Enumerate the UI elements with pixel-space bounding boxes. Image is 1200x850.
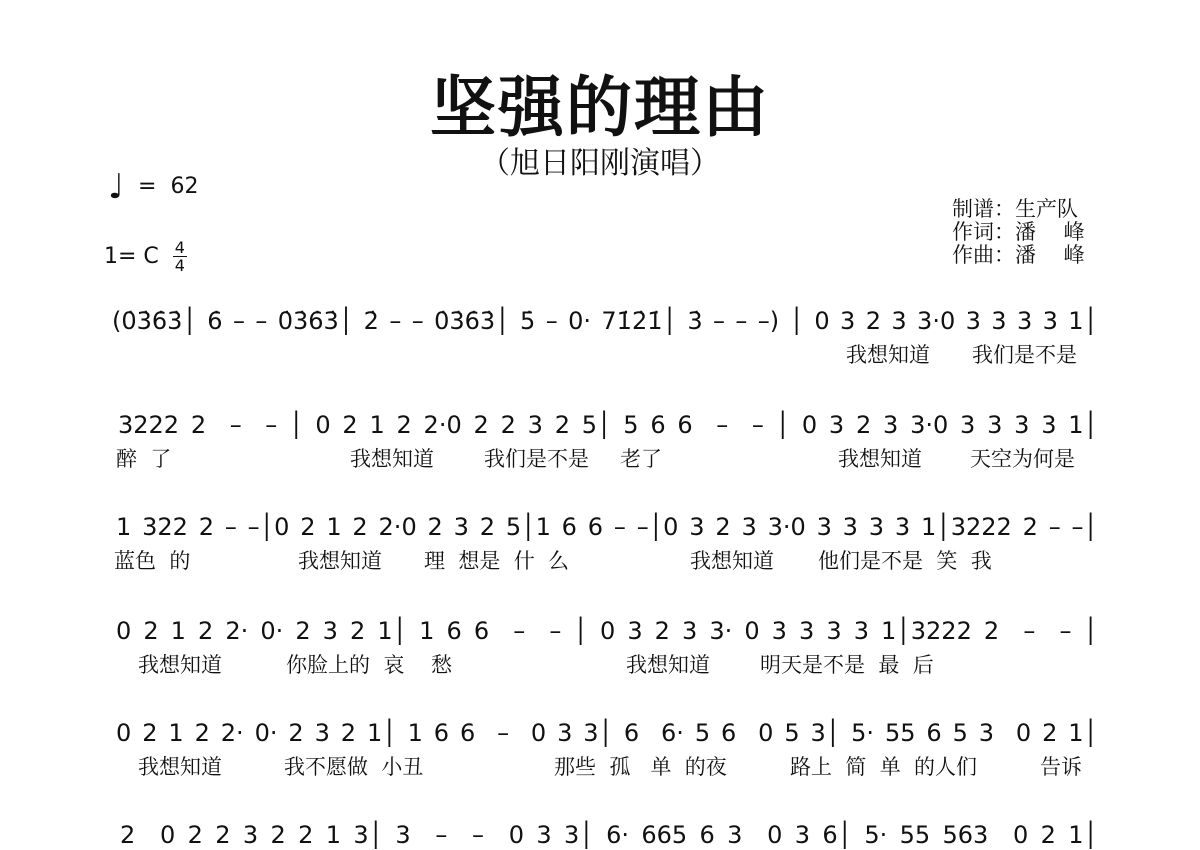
song-title: 坚强的理由 (0, 68, 1200, 148)
lyric-segment: 我想知道 (138, 754, 222, 780)
lyric-segment: 我想知道 (846, 342, 930, 368)
time-denominator: 4 (175, 258, 185, 273)
notation-line: 0 2 1 2 2· 0· 2 3 2 1│ 1 6 6 – – │ 0 3 2… (116, 616, 1098, 646)
credits-block: 制谱：生产队 作词：潘 峰 作曲：潘 峰 (952, 198, 1085, 267)
lyric-segment: 我想知道 (298, 548, 382, 574)
tempo-marking: ♩ = 62 (108, 170, 198, 204)
lyric-segment: 醉 了 (116, 446, 171, 472)
lyric-segment: 我们是不是 (972, 342, 1077, 368)
time-signature: 4 4 (173, 240, 187, 273)
lyric-segment: 你脸上的 哀 愁 (286, 652, 452, 678)
notation-line: (0̇3̇6̇3̇│ 6̇ – – 0̇3̇6̇3̇│ 2̇ – – 0̇3̇6… (112, 306, 1098, 336)
notation-line: 0 2 1 2 2· 0· 2 3 2 1│ 1 6 6 – 0 3 3│ 6 … (116, 718, 1098, 748)
notation-line: 1 322 2 – –│0 2 1 2 2·0 2 3 2 5│1 6 6 – … (116, 512, 1098, 542)
lyric-segment: 他们是不是 笑 我 (818, 548, 992, 574)
lyric-segment: 理 想是 什 么 (424, 548, 569, 574)
credit-composer: 作曲：潘 峰 (952, 244, 1085, 267)
lyric-segment: 我想知道 (838, 446, 922, 472)
lyric-segment: 我们是不是 (484, 446, 589, 472)
quarter-note-icon: ♩ (108, 170, 124, 204)
key-label: 1= C (104, 242, 159, 272)
notation-line: 3222 2 – – │ 0 2 1 2 2·0 2 2 3 2 5│ 5 6 … (118, 410, 1098, 440)
lyric-segment: 明天是不是 最 后 (760, 652, 934, 678)
lyric-segment: 那些 孤 单 的夜 (554, 754, 727, 780)
lyric-segment: 天空为何是 (970, 446, 1075, 472)
lyric-segment: 我不愿做 小丑 (284, 754, 423, 780)
tempo-equals: = (138, 170, 156, 204)
lyric-segment: 我想知道 (626, 652, 710, 678)
lyric-segment: 我想知道 (138, 652, 222, 678)
lyric-segment: 告诉 (1040, 754, 1082, 780)
tempo-bpm: 62 (170, 170, 198, 204)
key-signature: 1= C 4 4 (104, 240, 187, 273)
lyric-segment: 蓝色 的 (114, 548, 190, 574)
lyric-segment: 我想知道 (350, 446, 434, 472)
notation-line: 2 0 2 2 3 2 2 1 3│ 3 – – 0 3 3│ 6· 665 6… (120, 820, 1098, 850)
lyric-segment: 老了 (620, 446, 662, 472)
credit-lyricist: 作词：潘 峰 (952, 221, 1085, 244)
lyric-segment: 路上 简 单 的人们 (790, 754, 977, 780)
time-numerator: 4 (175, 240, 185, 255)
lyric-segment: 我想知道 (690, 548, 774, 574)
credit-notation: 制谱：生产队 (952, 198, 1085, 221)
